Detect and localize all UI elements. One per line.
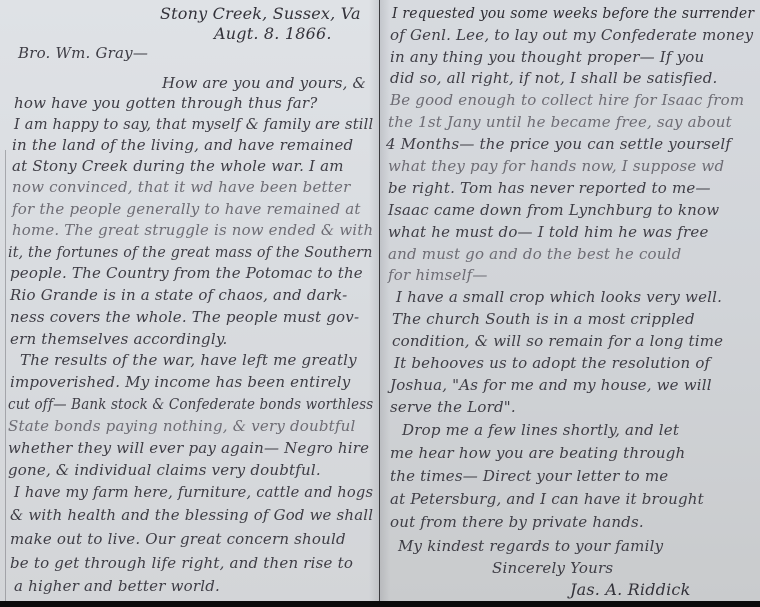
letter-page-left: Stony Creek, Sussex, Va Augt. 8. 1866. B… <box>0 0 379 601</box>
letter-line: in any thing you thought proper— If you <box>390 48 704 66</box>
letter-line: The church South is in a most crippled <box>392 310 695 328</box>
page-fold-shadow <box>380 0 390 601</box>
letter-line: cut off— Bank stock & Confederate bonds … <box>8 395 373 413</box>
letter-line: of Genl. Lee, to lay out my Confederate … <box>390 26 753 44</box>
letter-line: me hear how you are beating through <box>390 444 685 462</box>
letter-line: at Stony Creek during the whole war. I a… <box>12 157 344 175</box>
letter-line: for himself— <box>388 266 488 284</box>
scan-bottom-edge <box>0 601 760 607</box>
letter-line: and must go and do the best he could <box>388 245 681 263</box>
letter-line: what he must do— I told him he was free <box>388 223 709 241</box>
letter-line: I have my farm here, furniture, cattle a… <box>14 483 373 501</box>
letter-line: gone, & individual claims very doubtful. <box>8 461 321 479</box>
letter-line: whether they will ever pay again— Negro … <box>8 439 369 457</box>
letter-place: Stony Creek, Sussex, Va <box>160 4 361 23</box>
letter-line: out from there by private hands. <box>390 513 644 531</box>
letter-line: I have a small crop which looks very wel… <box>396 288 722 306</box>
letter-line: people. The Country from the Potomac to … <box>10 264 363 282</box>
letter-line: How are you and yours, & <box>162 74 366 92</box>
letter-line: be right. Tom has never reported to me— <box>388 179 711 197</box>
margin-line <box>5 150 6 601</box>
letter-line: make out to live. Our great concern shou… <box>10 530 346 548</box>
letter-line: home. The great struggle is now ended & … <box>12 221 373 239</box>
letter-line: condition, & will so remain for a long t… <box>392 332 723 350</box>
letter-line: I am happy to say, that myself & family … <box>14 115 373 133</box>
letter-line: what they pay for hands now, I suppose w… <box>388 157 724 175</box>
letter-closing: Sincerely Yours <box>492 559 613 577</box>
letter-line: ness covers the whole. The people must g… <box>10 308 359 326</box>
letter-line: for the people generally to have remaine… <box>12 200 361 218</box>
letter-line: now convinced, that it wd have been bett… <box>12 178 350 196</box>
letter-salutation: Bro. Wm. Gray— <box>18 44 148 62</box>
letter-line: ern themselves accordingly. <box>10 330 228 348</box>
letter-line: the times— Direct your letter to me <box>390 467 668 485</box>
letter-line: at Petersburg, and I can have it brought <box>390 490 704 508</box>
letter-line: 4 Months— the price you can settle yours… <box>386 135 731 153</box>
letter-line: Drop me a few lines shortly, and let <box>402 421 679 439</box>
letter-line: Be good enough to collect hire for Isaac… <box>390 91 744 109</box>
letter-line: & with health and the blessing of God we… <box>10 506 373 524</box>
letter-line: Isaac came down from Lynchburg to know <box>388 201 719 219</box>
letter-line: It behooves us to adopt the resolution o… <box>394 354 710 372</box>
letter-line: impoverished. My income has been entirel… <box>10 373 350 391</box>
letter-line: how have you gotten through thus far? <box>14 94 317 112</box>
letter-line: in the land of the living, and have rema… <box>12 136 353 154</box>
letter-line: Rio Grande is in a state of chaos, and d… <box>10 286 347 304</box>
letter-line: State bonds paying nothing, & very doubt… <box>8 417 356 435</box>
letter-line: be to get through life right, and then r… <box>10 554 353 572</box>
letter-line: I requested you some weeks before the su… <box>392 4 754 22</box>
letter-line: serve the Lord". <box>390 398 516 416</box>
letter-page-right: I requested you some weeks before the su… <box>380 0 760 601</box>
letter-line: a higher and better world. <box>14 577 220 595</box>
letter-line: the 1st Jany until he became free, say a… <box>388 113 732 131</box>
letter-line: Joshua, "As for me and my house, we will <box>390 376 712 394</box>
letter-line: My kindest regards to your family <box>398 537 663 555</box>
letter-date: Augt. 8. 1866. <box>214 24 332 43</box>
letter-line: The results of the war, have left me gre… <box>20 351 357 369</box>
letter-spread: Stony Creek, Sussex, Va Augt. 8. 1866. B… <box>0 0 760 601</box>
letter-line: it, the fortunes of the great mass of th… <box>8 243 373 261</box>
letter-line: did so, all right, if not, I shall be sa… <box>390 69 717 87</box>
letter-signature: Jas. A. Riddick <box>570 580 690 599</box>
